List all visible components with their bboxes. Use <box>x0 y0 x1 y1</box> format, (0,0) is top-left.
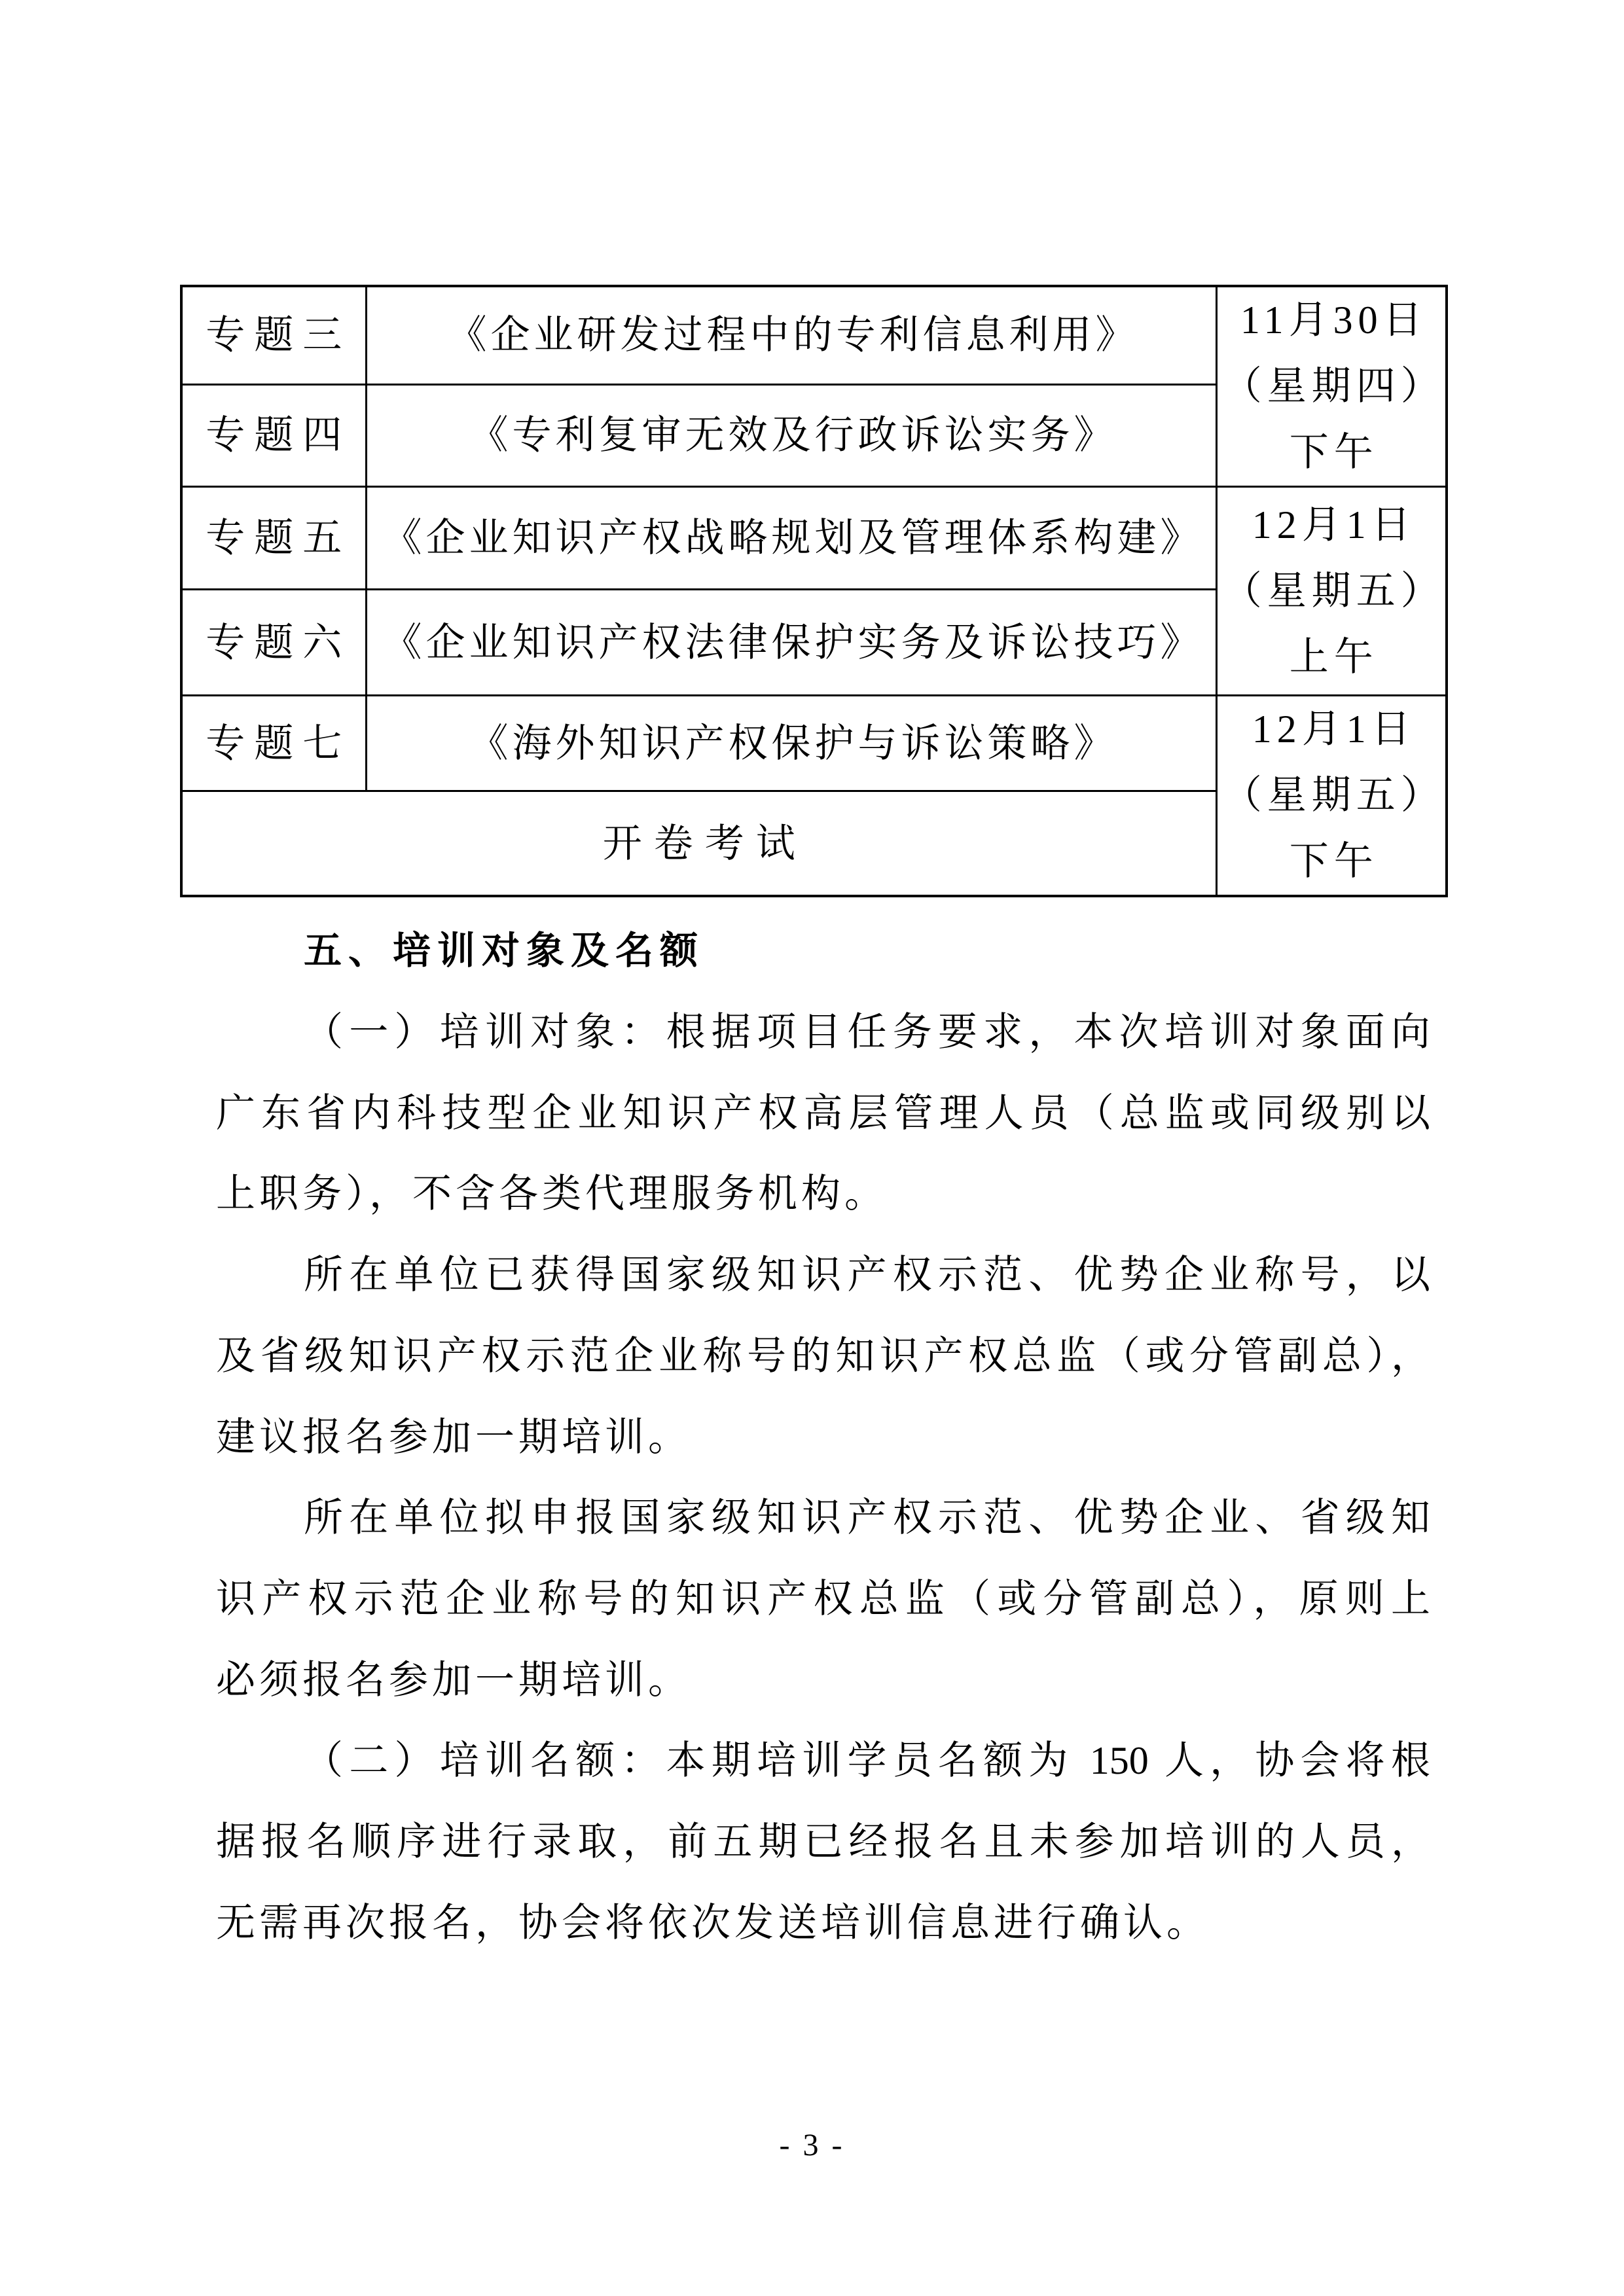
text-line: 上职务），不含各类代理服务机构。 <box>216 1154 1430 1235</box>
table-row: 专题七 《海外知识产权保护与诉讼策略》 12月1日 （星期五） 下午 <box>181 696 1447 791</box>
session-weekday: （星期四） <box>1218 353 1446 420</box>
text-line: 必须报名参加一期培训。 <box>216 1640 1430 1721</box>
topic-title: 《企业知识产权法律保护实务及诉讼技巧》 <box>366 590 1216 696</box>
text-line: 建议报名参加一期培训。 <box>216 1397 1430 1479</box>
table-row: 专题五 《企业知识产权战略规划及管理体系构建》 12月1日 （星期五） 上午 <box>181 487 1447 590</box>
topic-title: 《海外知识产权保护与诉讼策略》 <box>366 696 1216 791</box>
document-page: 专题三 《企业研发过程中的专利信息利用》 11月30日 （星期四） 下午 专题四… <box>0 0 1624 2296</box>
paragraph-training-quota: （二）培训名额：本期培训学员名额为 150 人，协会将根 据报名顺序进行录取，前… <box>216 1721 1430 1964</box>
session-weekday: （星期五） <box>1218 558 1446 624</box>
text-line: 及省级知识产权示范企业称号的知识产权总监（或分管副总）， <box>216 1316 1430 1397</box>
session-date: 12月1日 <box>1218 492 1446 558</box>
topic-label: 专题三 <box>181 286 366 384</box>
session-date: 11月30日 <box>1218 287 1446 353</box>
topic-label: 专题六 <box>181 590 366 696</box>
session-datetime: 12月1日 （星期五） 下午 <box>1216 696 1447 897</box>
topic-label: 专题四 <box>181 384 366 486</box>
body-text: （一）培训对象：根据项目任务要求，本次培训对象面向 广东省内科技型企业知识产权高… <box>216 992 1430 1964</box>
section-heading: 五、培训对象及名额 <box>216 928 1518 974</box>
topic-title: 《专利复审无效及行政诉讼实务》 <box>366 384 1216 486</box>
session-weekday: （星期五） <box>1218 762 1446 829</box>
paragraph-awarded-enterprises: 所在单位已获得国家级知识产权示范、优势企业称号，以 及省级知识产权示范企业称号的… <box>216 1235 1430 1478</box>
text-line: 所在单位拟申报国家级知识产权示范、优势企业、省级知 <box>216 1478 1430 1559</box>
topic-label: 专题五 <box>181 487 366 590</box>
text-line: 识产权示范企业称号的知识产权总监（或分管副总），原则上 <box>216 1559 1430 1640</box>
topic-title: 《企业知识产权战略规划及管理体系构建》 <box>366 487 1216 590</box>
text-line: 无需再次报名，协会将依次发送培训信息进行确认。 <box>216 1883 1430 1964</box>
training-schedule-table: 专题三 《企业研发过程中的专利信息利用》 11月30日 （星期四） 下午 专题四… <box>180 285 1448 897</box>
text-line: （二）培训名额：本期培训学员名额为 150 人，协会将根 <box>216 1721 1430 1802</box>
session-datetime: 11月30日 （星期四） 下午 <box>1216 286 1447 487</box>
topic-label: 专题七 <box>181 696 366 791</box>
session-period: 下午 <box>1218 829 1446 895</box>
session-date: 12月1日 <box>1218 696 1446 762</box>
text-line: 所在单位已获得国家级知识产权示范、优势企业称号，以 <box>216 1235 1430 1316</box>
text-line: 据报名顺序进行录取，前五期已经报名且未参加培训的人员， <box>216 1802 1430 1883</box>
table-row: 专题三 《企业研发过程中的专利信息利用》 11月30日 （星期四） 下午 <box>181 286 1447 384</box>
session-period: 下午 <box>1218 420 1446 486</box>
open-book-exam-cell: 开卷考试 <box>181 791 1216 896</box>
text-line: 广东省内科技型企业知识产权高层管理人员（总监或同级别以 <box>216 1073 1430 1155</box>
paragraph-training-targets: （一）培训对象：根据项目任务要求，本次培训对象面向 广东省内科技型企业知识产权高… <box>216 992 1430 1235</box>
session-datetime: 12月1日 （星期五） 上午 <box>1216 487 1447 696</box>
topic-title: 《企业研发过程中的专利信息利用》 <box>366 286 1216 384</box>
session-period: 上午 <box>1218 624 1446 691</box>
paragraph-applying-enterprises: 所在单位拟申报国家级知识产权示范、优势企业、省级知 识产权示范企业称号的知识产权… <box>216 1478 1430 1721</box>
page-number: - 3 - <box>0 2127 1624 2163</box>
text-line: （一）培训对象：根据项目任务要求，本次培训对象面向 <box>216 992 1430 1073</box>
